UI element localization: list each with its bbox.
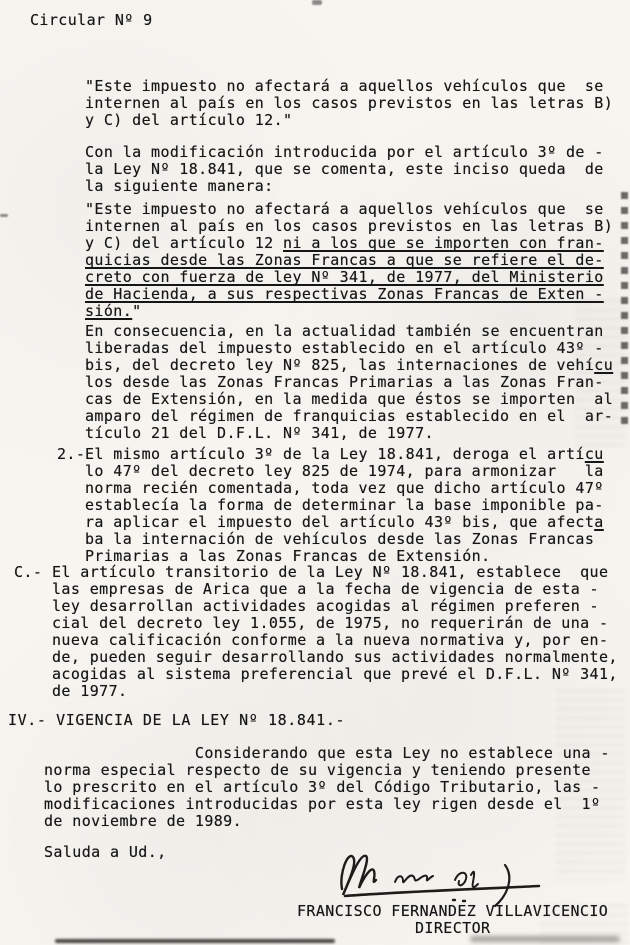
- para2-text-a: En consecuencia, en la actualidad tambié…: [85, 322, 604, 374]
- item2-text-a: El mismo artículo 3º de la Ley 18.841, d…: [85, 445, 585, 463]
- handwritten-signature: [335, 845, 555, 907]
- section-iv-body: Considerando que esta Ley no establece u…: [44, 745, 610, 830]
- list-item-c: El artículo transitorio de la Ley Nº 18.…: [52, 564, 618, 700]
- list-marker-2: 2.-: [57, 446, 85, 463]
- consequence-paragraph: En consecuencia, en la actualidad tambié…: [85, 323, 613, 442]
- signatory-name: FRANCISCO FERNANDEZ VILLAVICENCIO: [297, 903, 608, 920]
- section-iv-heading: IV.- VIGENCIA DE LA LEY Nº 18.841.-: [8, 712, 345, 729]
- item2-underline-1: cu: [585, 445, 604, 463]
- modification-intro-paragraph: Con la modificación introducida por el a…: [85, 144, 604, 195]
- item2-text-b: lo 47º del decreto ley 825 de 1974, para…: [85, 462, 604, 531]
- item2-underline-2: a: [594, 513, 603, 531]
- circular-number-header: Circular Nº 9: [30, 12, 153, 29]
- para2-underline-1: cu: [594, 356, 613, 374]
- item2-text-c: ba la internación de vehículos desde las…: [85, 530, 594, 565]
- scan-artifact-bottom-streak: [55, 939, 335, 943]
- para2-text-b: los desde las Zonas Francas Primarias a …: [85, 373, 613, 442]
- list-marker-c: C.-: [14, 564, 42, 581]
- signatory-title: DIRECTOR: [415, 920, 490, 937]
- scan-artifact-bottom-right-smudge: [470, 936, 620, 942]
- quoted-paragraph-2: "Este impuesto no afectará a aquellos ve…: [85, 201, 613, 320]
- quoted-paragraph-1: "Este impuesto no afectará a aquellos ve…: [85, 78, 613, 129]
- quote2-closing-quote: ": [132, 302, 141, 320]
- scan-artifact-right-streak: [621, 192, 628, 427]
- scan-artifact-top-mark: [312, 0, 322, 5]
- scan-artifact-left-mark: [0, 214, 8, 217]
- list-item-2: El mismo artículo 3º de la Ley 18.841, d…: [85, 446, 604, 565]
- scanned-document-page: Circular Nº 9 "Este impuesto no afectará…: [0, 0, 630, 945]
- closing-salutation: Saluda a Ud.,: [44, 844, 167, 861]
